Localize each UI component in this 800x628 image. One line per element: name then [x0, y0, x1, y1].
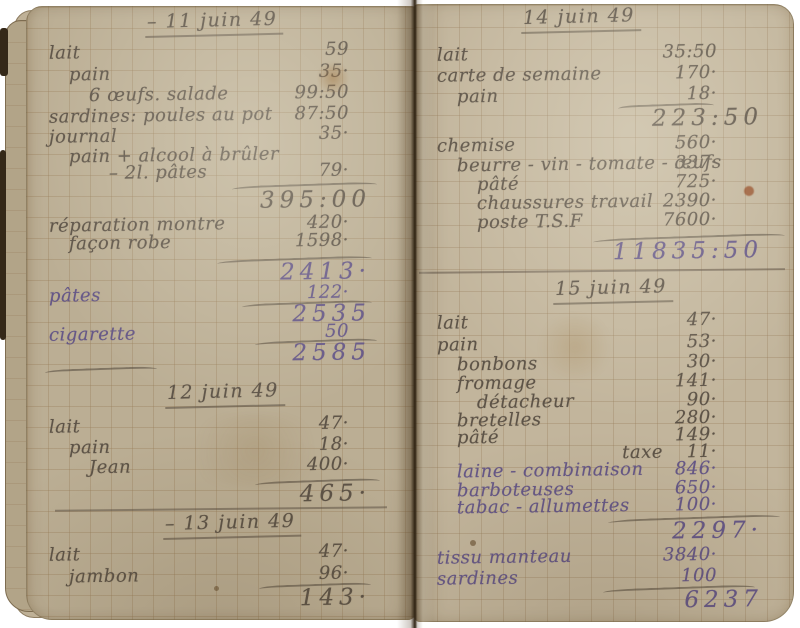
entry-amount: 18·: [687, 83, 717, 104]
ledger-row: poste T.S.F7600·: [415, 208, 793, 237]
entry-label: journal: [49, 126, 117, 148]
entry-label: pain: [457, 86, 499, 108]
entry-label: lait: [437, 44, 469, 65]
entry-amount: 35·: [319, 123, 349, 144]
total-row: 143·: [27, 584, 415, 613]
day-header: 14 juin 49: [521, 4, 641, 34]
entry-amount: 560·: [675, 132, 717, 154]
day-header: 15 juin 49: [553, 275, 673, 305]
entry-amount: 59: [325, 39, 349, 60]
total-amount: 223:50: [652, 104, 763, 132]
day-header: 12 juin 49: [165, 379, 285, 409]
total-amount: 143·: [300, 584, 372, 611]
entry-amount: 96·: [319, 563, 349, 584]
entry-amount: 400·: [307, 454, 349, 476]
entry-label: chemise: [437, 135, 516, 157]
entry-label: lait: [437, 312, 469, 333]
entry-label: tabac - allumettes: [457, 495, 630, 518]
entry-label: poste T.S.F: [477, 211, 583, 233]
entry-amount: 1598·: [295, 230, 349, 252]
entry-amount: 100·: [675, 494, 717, 516]
entry-label: jambon: [69, 565, 140, 587]
page-rule: [419, 268, 785, 277]
left-page: – 11 juin 49lait59pain35·6 œufs. salade9…: [26, 6, 416, 620]
entry-label: 6 œufs. salade: [89, 83, 229, 106]
ledger-row: façon robe1598·: [27, 229, 415, 258]
ledger-row: Jean400·: [27, 453, 415, 482]
entry-label: lait: [49, 544, 81, 565]
entry-amount: 47·: [319, 541, 349, 562]
entry-label: pain: [69, 437, 111, 459]
total-amount: 2297·: [672, 517, 763, 544]
total-amount: 2585: [292, 339, 371, 366]
total-row: 465·: [27, 480, 415, 509]
notebook-scan: – 11 juin 49lait59pain35·6 œufs. salade9…: [0, 0, 800, 628]
entry-label: sardines: [437, 568, 519, 590]
total-amount: 6237: [684, 586, 763, 613]
entry-amount: 18·: [319, 434, 349, 455]
total-amount: 395:00: [260, 186, 371, 214]
dark-edge-top-left: [0, 28, 8, 76]
entry-label: Jean: [89, 457, 131, 479]
entry-label: lait: [49, 42, 81, 63]
entry-amount: 53·: [687, 331, 717, 352]
entry-amount: 170·: [675, 62, 717, 84]
entry-amount: 47·: [687, 309, 717, 330]
total-row: 11835:50: [415, 237, 793, 266]
total-amount: 11835:50: [613, 237, 764, 265]
entry-amount: 79·: [319, 160, 349, 181]
total-row: 6237: [415, 586, 793, 615]
entry-amount: 100: [681, 565, 717, 586]
entry-amount: 35·: [319, 61, 349, 82]
entry-label: pain: [69, 64, 111, 86]
entry-amount: 99:50: [294, 82, 349, 104]
entry-label: façon robe: [69, 232, 172, 254]
sum-line: [45, 366, 157, 376]
day-header: – 13 juin 49: [163, 510, 302, 540]
day-header: – 11 juin 49: [145, 8, 284, 38]
entry-label: lait: [49, 416, 81, 437]
entry-label: – 2l. pâtes: [109, 161, 208, 183]
entry-amount: 7600·: [663, 209, 717, 231]
total-row: 2297·: [415, 517, 793, 546]
total-row: 2585: [27, 339, 415, 368]
entry-label: carte de semaine: [437, 63, 602, 86]
entry-amount: 35:50: [662, 41, 717, 63]
total-amount: 465·: [300, 480, 372, 507]
dark-edge-mid-left: [0, 150, 6, 340]
total-row: 223:50: [415, 104, 793, 133]
entry-label: pain: [437, 334, 479, 356]
right-page: 14 juin 49lait35:50carte de semaine170·p…: [414, 4, 794, 622]
entry-label: tissu manteau: [437, 546, 572, 569]
entry-amount: 47·: [319, 413, 349, 434]
entry-amount: 3840·: [663, 544, 717, 566]
entry-amount: 87:50: [294, 103, 349, 125]
